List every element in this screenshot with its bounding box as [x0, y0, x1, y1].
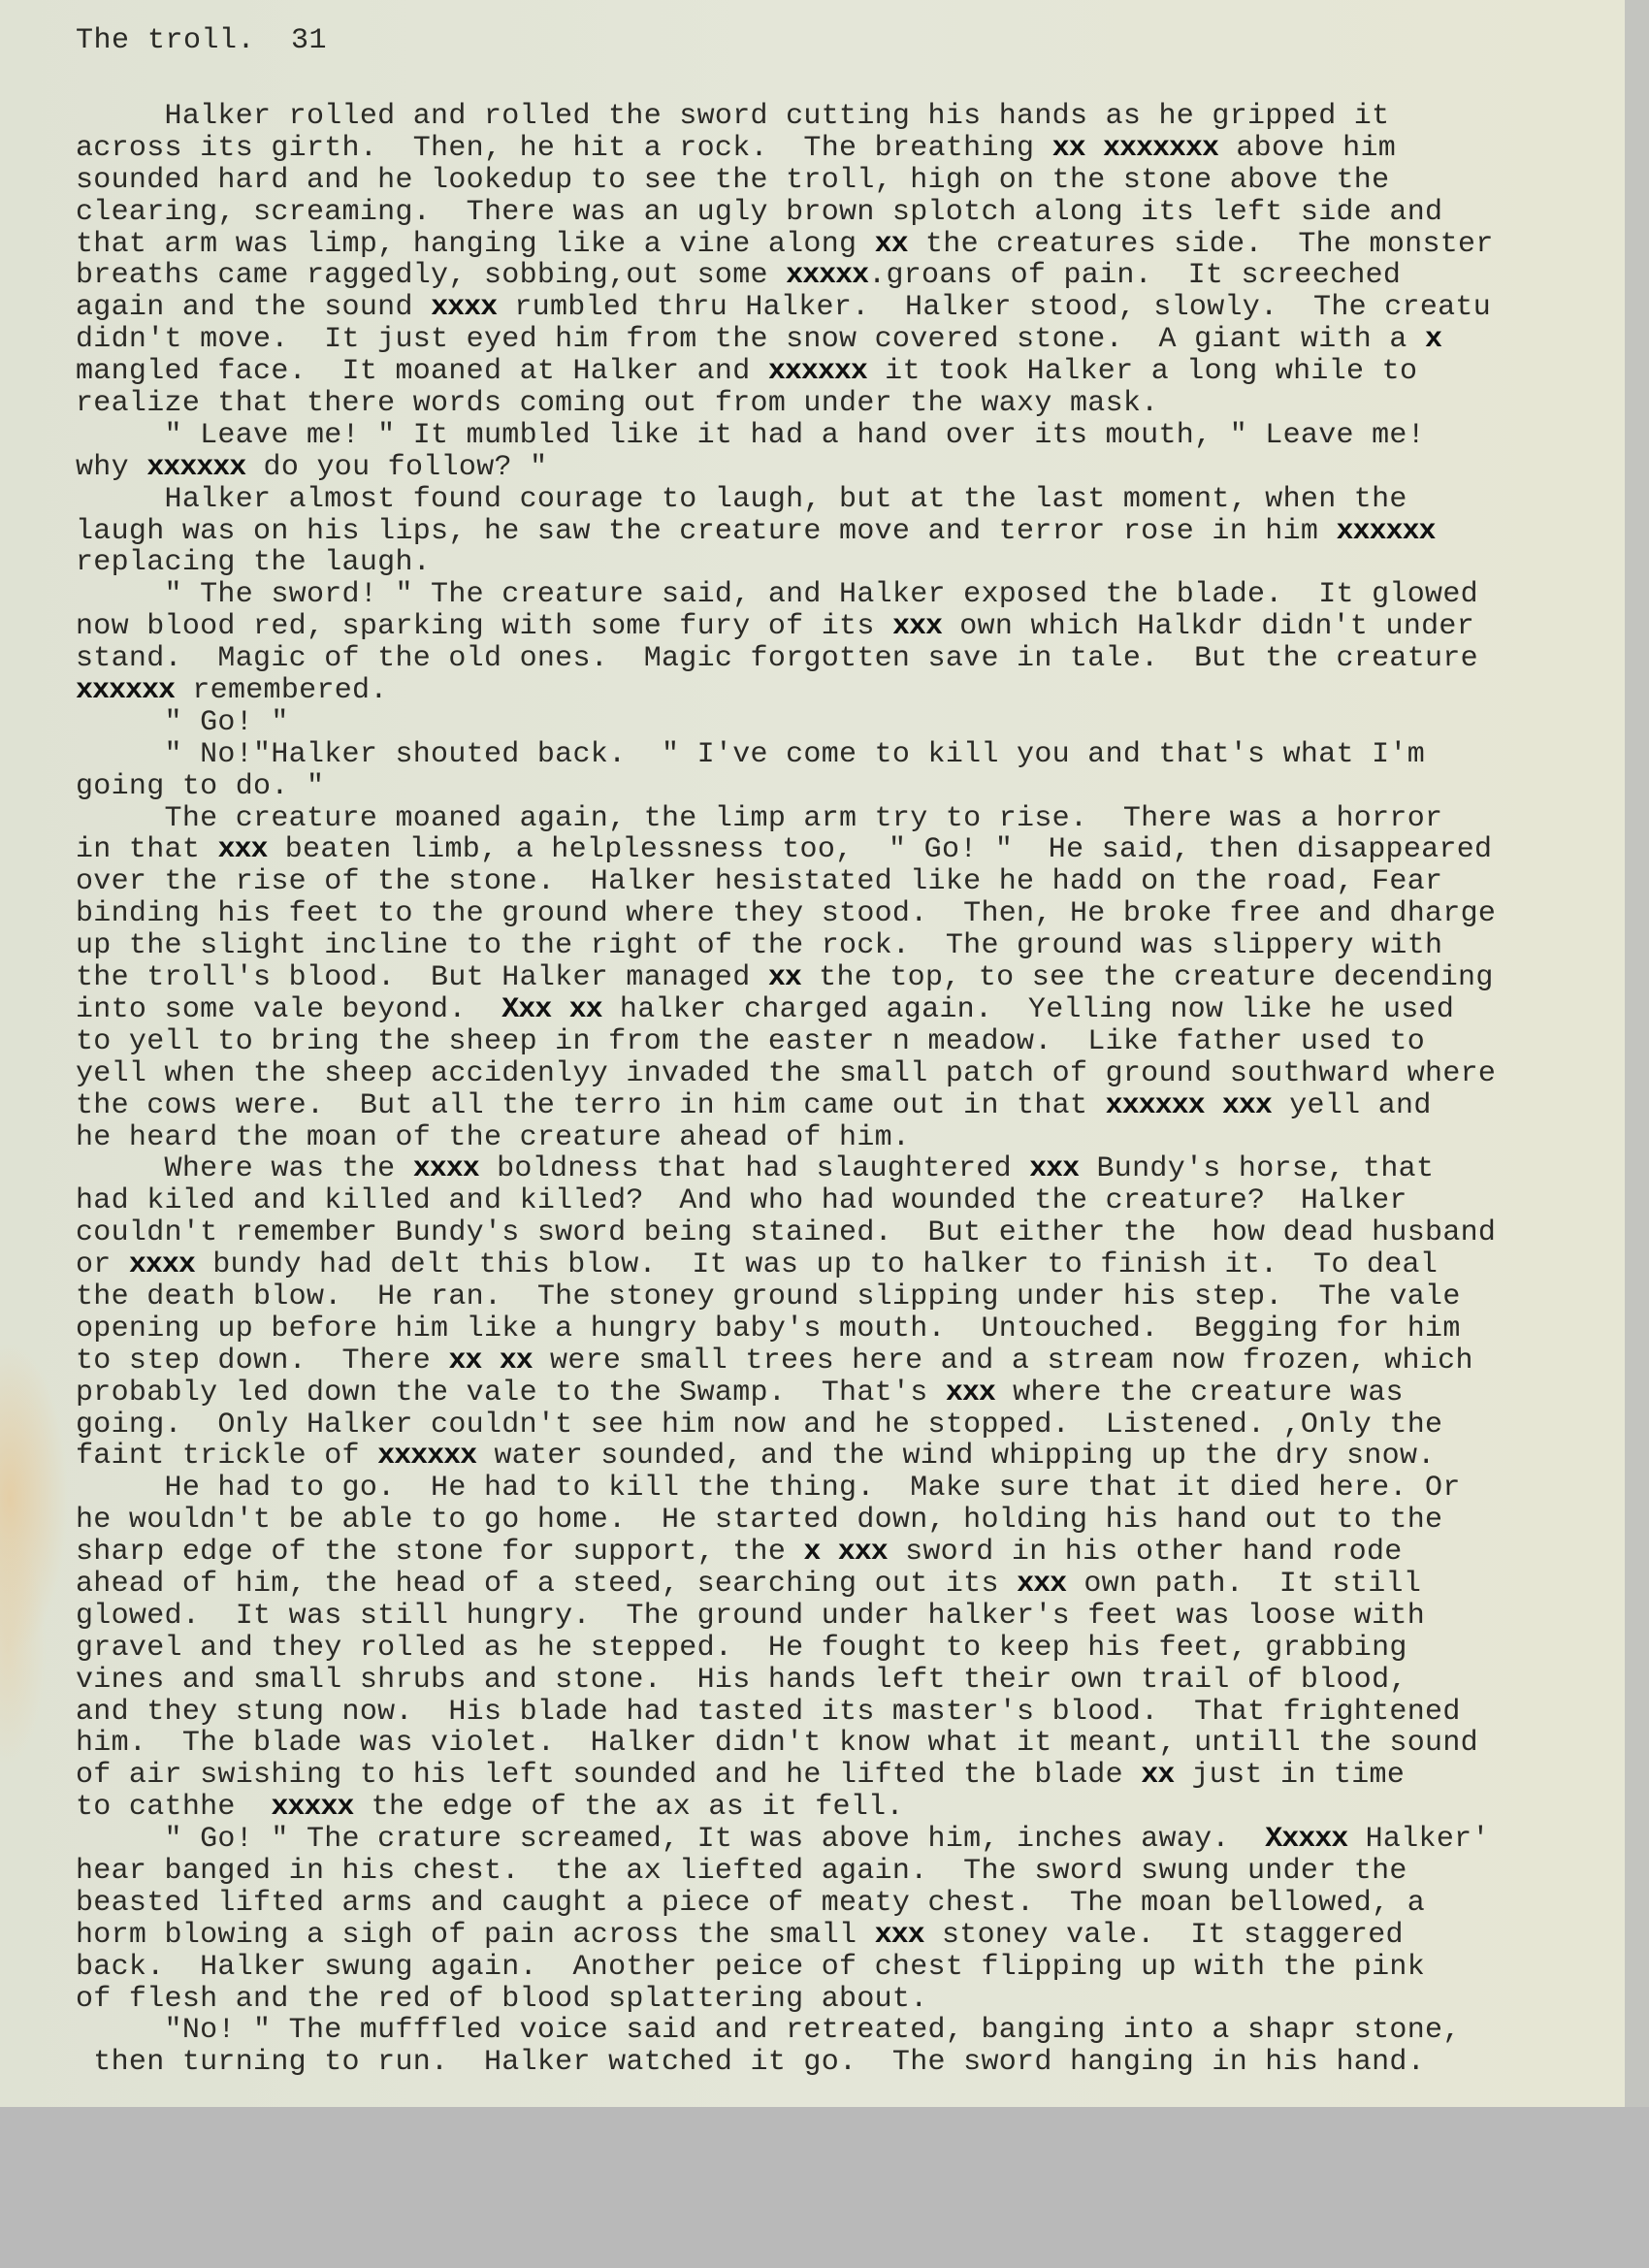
text-line: why xxxxxx do you follow? ": [76, 452, 1496, 484]
text-line: he wouldn't be able to go home. He start…: [76, 1505, 1496, 1537]
text-line: Where was the xxxx boldness that had sla…: [76, 1153, 1496, 1185]
overstrike: xx: [875, 228, 908, 261]
overstrike: Xxxxx: [1265, 1823, 1347, 1856]
text-line: gravel and they rolled as he stepped. He…: [76, 1633, 1496, 1665]
overstrike: xxx: [946, 1377, 995, 1409]
overstrike: xx: [1052, 132, 1085, 165]
overstrike: xxxxxx: [76, 674, 175, 707]
text-line: replacing the laugh.: [76, 547, 1496, 579]
overstrike: xxxxxxx: [1103, 132, 1218, 165]
text-line: clearing, screaming. There was an ugly b…: [76, 197, 1496, 229]
text-line: Halker rolled and rolled the sword cutti…: [76, 101, 1496, 133]
manuscript-body: Halker rolled and rolled the sword cutti…: [76, 101, 1496, 2079]
text-line: the troll's blood. But Halker managed xx…: [76, 962, 1496, 994]
text-line: again and the sound xxxx rumbled thru Ha…: [76, 292, 1496, 324]
text-line: he heard the moan of the creature ahead …: [76, 1122, 1496, 1154]
text-line: of flesh and the red of blood splatterin…: [76, 1984, 1496, 2016]
text-line: " Go! ": [76, 707, 1496, 739]
scan-margin: [1625, 0, 1649, 2107]
overstrike: xxx: [217, 833, 267, 866]
text-line: faint trickle of xxxxxx water sounded, a…: [76, 1441, 1496, 1473]
text-line: back. Halker swung again. Another peice …: [76, 1952, 1496, 1984]
text-line: and they stung now. His blade had tasted…: [76, 1697, 1496, 1729]
page-header: The troll. 31: [76, 21, 327, 60]
text-line: sounded hard and he lookedup to see the …: [76, 165, 1496, 197]
text-line: of air swishing to his left sounded and …: [76, 1760, 1496, 1792]
text-line: " Leave me! " It mumbled like it had a h…: [76, 420, 1496, 452]
overstrike: xxx: [1029, 1152, 1079, 1185]
overstrike: xx: [768, 961, 801, 994]
text-line: to step down. There xx xx were small tre…: [76, 1345, 1496, 1377]
text-line: that arm was limp, hanging like a vine a…: [76, 229, 1496, 261]
text-line: Halker almost found courage to laugh, bu…: [76, 484, 1496, 516]
overstrike: xx: [1141, 1759, 1174, 1792]
text-line: The creature moaned again, the limp arm …: [76, 803, 1496, 835]
overstrike: xxxx: [129, 1248, 195, 1281]
text-line: " No!"Halker shouted back. " I've come t…: [76, 739, 1496, 771]
overstrike: xx: [569, 993, 602, 1026]
overstrike: xxx: [892, 610, 942, 643]
text-line: to yell to bring the sheep in from the e…: [76, 1026, 1496, 1058]
overstrike: xxxx: [431, 291, 497, 324]
text-line: yell when the sheep accidenlyy invaded t…: [76, 1058, 1496, 1090]
overstrike: xxxxxx: [146, 451, 245, 484]
text-line: horm blowing a sigh of pain across the s…: [76, 1920, 1496, 1952]
text-line: to cathhe xxxxx the edge of the ax as it…: [76, 1792, 1496, 1824]
text-line: He had to go. He had to kill the thing. …: [76, 1473, 1496, 1505]
overstrike: xxx: [875, 1919, 924, 1952]
text-line: up the slight incline to the right of th…: [76, 930, 1496, 962]
overstrike: xx: [500, 1345, 533, 1377]
text-line: hear banged in his chest. the ax liefted…: [76, 1856, 1496, 1888]
overstrike: x: [803, 1536, 820, 1569]
text-line: then turning to run. Halker watched it g…: [76, 2047, 1496, 2079]
text-line: mangled face. It moaned at Halker and xx…: [76, 356, 1496, 388]
text-line: across its girth. Then, he hit a rock. T…: [76, 133, 1496, 165]
text-line: him. The blade was violet. Halker didn't…: [76, 1728, 1496, 1760]
text-line: beasted lifted arms and caught a piece o…: [76, 1888, 1496, 1920]
text-line: laugh was on his lips, he saw the creatu…: [76, 516, 1496, 548]
text-line: sharp edge of the stone for support, the…: [76, 1537, 1496, 1569]
text-line: probably led down the vale to the Swamp.…: [76, 1377, 1496, 1409]
text-line: the death blow. He ran. The stoney groun…: [76, 1281, 1496, 1313]
text-line: in that xxx beaten limb, a helplessness …: [76, 834, 1496, 866]
overstrike: xxx: [838, 1536, 888, 1569]
text-line: xxxxxx remembered.: [76, 675, 1496, 707]
text-line: had kiled and killed and killed? And who…: [76, 1185, 1496, 1217]
text-line: the cows were. But all the terro in him …: [76, 1090, 1496, 1122]
overstrike: xxxxxx: [377, 1440, 476, 1473]
overstrike: xxxxxx: [1337, 515, 1436, 548]
text-line: over the rise of the stone. Halker hesis…: [76, 866, 1496, 898]
text-line: " Go! " The crature screamed, It was abo…: [76, 1824, 1496, 1856]
text-line: going. Only Halker couldn't see him now …: [76, 1409, 1496, 1442]
text-line: " The sword! " The creature said, and Ha…: [76, 579, 1496, 611]
text-line: stand. Magic of the old ones. Magic forg…: [76, 643, 1496, 675]
text-line: going to do. ": [76, 771, 1496, 803]
text-line: realize that there words coming out from…: [76, 388, 1496, 420]
text-line: "No! " The mufffled voice said and retre…: [76, 2015, 1496, 2047]
overstrike: xxxx: [413, 1152, 479, 1185]
overstrike: xxxxx: [271, 1791, 353, 1824]
overstrike: x: [1425, 323, 1441, 356]
overstrike: xxx: [1222, 1089, 1272, 1122]
text-line: vines and small shrubs and stone. His ha…: [76, 1665, 1496, 1697]
text-line: couldn't remember Bundy's sword being st…: [76, 1217, 1496, 1249]
text-line: opening up before him like a hungry baby…: [76, 1313, 1496, 1345]
text-line: binding his feet to the ground where the…: [76, 898, 1496, 930]
text-line: now blood red, sparking with some fury o…: [76, 611, 1496, 643]
overstrike: Xxx: [501, 993, 551, 1026]
overstrike: xxx: [1017, 1568, 1066, 1601]
overstrike: xx: [448, 1345, 481, 1377]
overstrike: xxxxxx: [1106, 1089, 1205, 1122]
typewritten-page: The troll. 31 Halker rolled and rolled t…: [0, 0, 1625, 2107]
text-line: ahead of him, the head of a steed, searc…: [76, 1569, 1496, 1601]
overstrike: xxxxxx: [768, 355, 867, 388]
overstrike: xxxxx: [786, 259, 868, 292]
text-line: breaths came raggedly, sobbing,out some …: [76, 260, 1496, 292]
text-line: into some vale beyond. Xxx xx halker cha…: [76, 994, 1496, 1026]
text-line: or xxxx bundy had delt this blow. It was…: [76, 1249, 1496, 1281]
text-line: glowed. It was still hungry. The ground …: [76, 1601, 1496, 1633]
text-line: didn't move. It just eyed him from the s…: [76, 324, 1496, 356]
